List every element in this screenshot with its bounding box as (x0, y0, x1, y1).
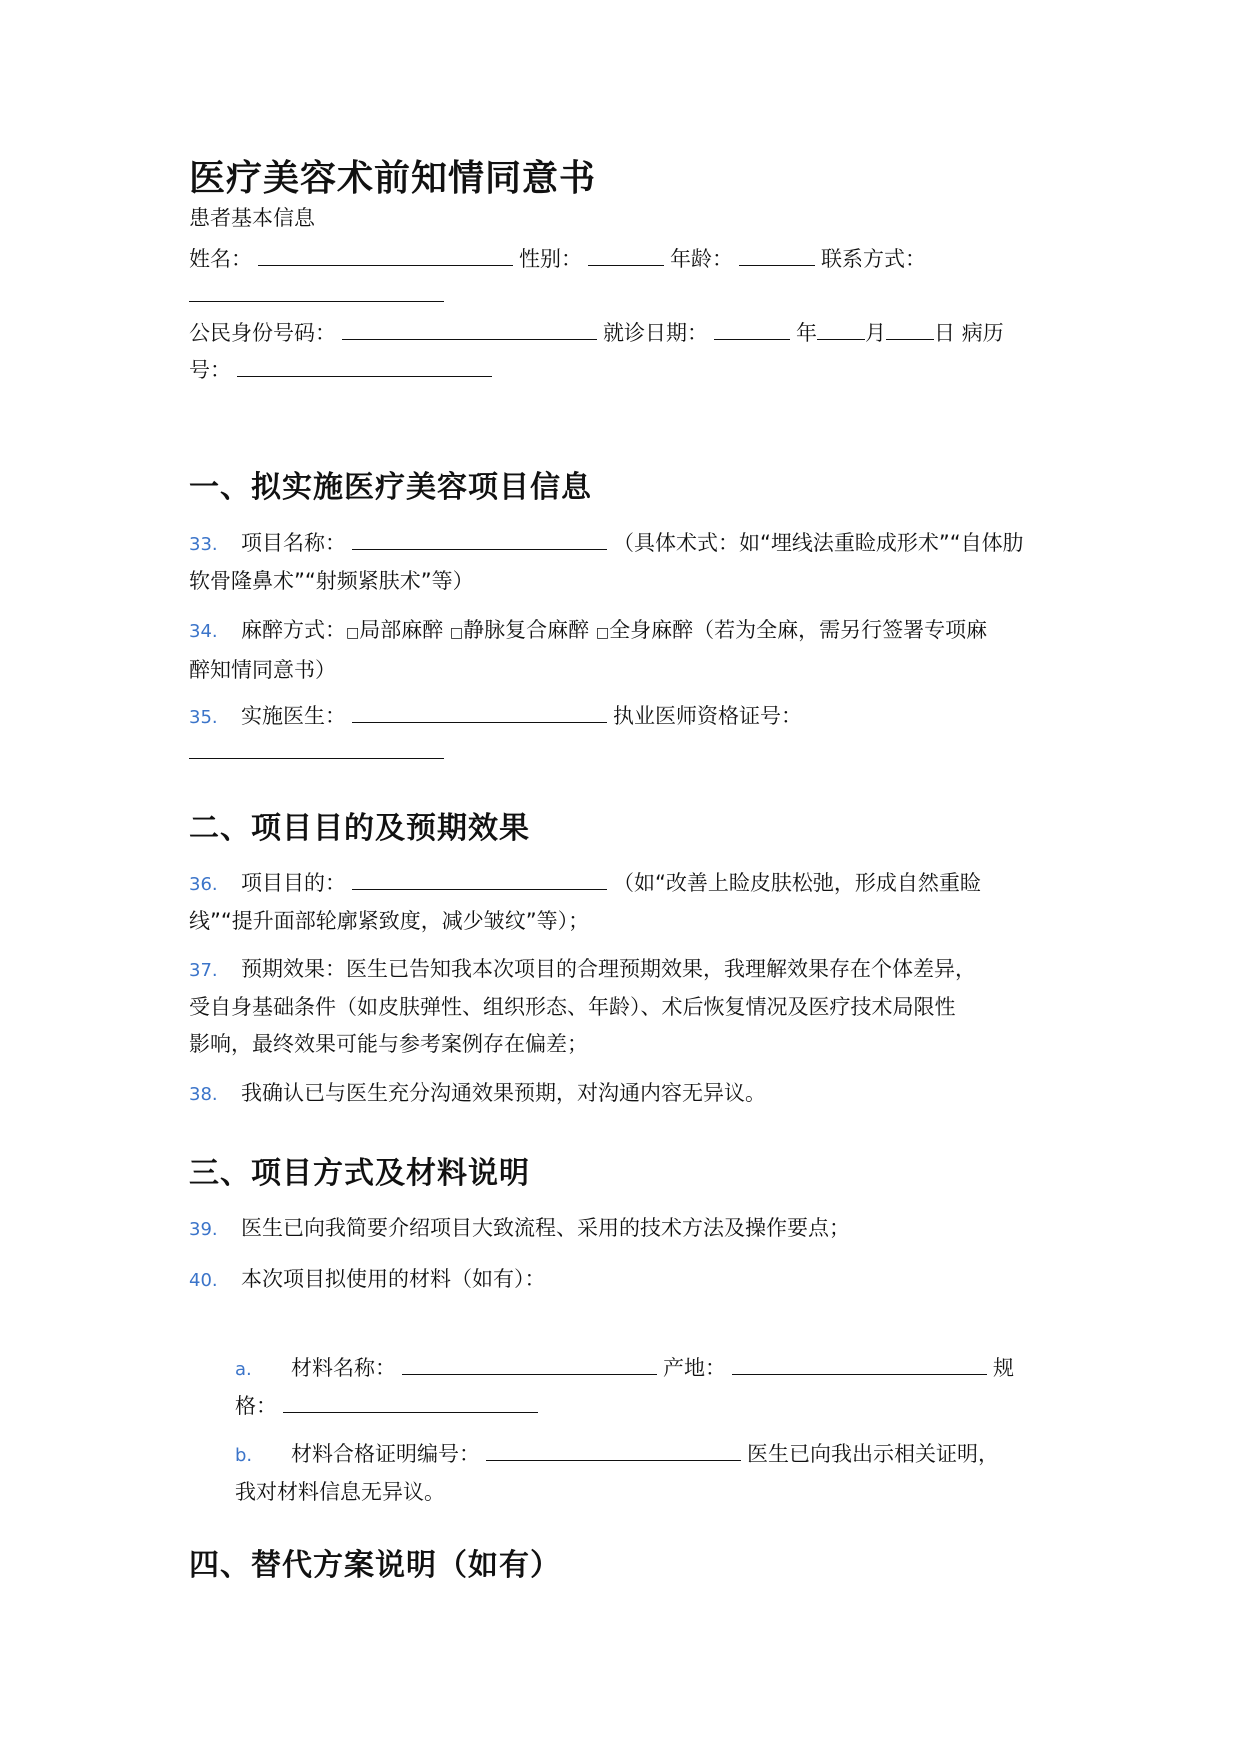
item-note-cont: 软骨隆鼻术”“射频紧肤术”等） (189, 569, 474, 593)
name-label: 姓名： (189, 247, 252, 271)
item-text: 影响，最终效果可能与参考案例存在偏差； (189, 1032, 588, 1056)
subitem-b: b.材料合格证明编号：医生已向我出示相关证明， 我对材料信息无异议。 (235, 1436, 1025, 1511)
record-label: 病历 (962, 321, 1004, 345)
item-36: 36.项目目的：（如“改善上睑皮肤松弛，形成自然重睑 线”“提升面部轮廓紧致度，… (189, 865, 1059, 940)
item-note: （若为全麻，需另行签署专项麻 (693, 618, 987, 642)
item-number: 33. (189, 526, 241, 563)
material-name-field[interactable] (402, 1352, 657, 1375)
spec-field[interactable] (283, 1390, 538, 1413)
record-label-cont: 号： (189, 358, 231, 382)
gender-field[interactable] (588, 243, 664, 266)
record-number-field[interactable] (237, 354, 492, 377)
item-label: 麻醉方式： (241, 618, 346, 642)
item-37: 37.预期效果：医生已告知我本次项目的合理预期效果，我理解效果存在个体差异， 受… (189, 951, 1059, 1063)
iv-anesthesia-label: 静脉复合麻醉 (463, 618, 589, 642)
patient-info-line-1: 姓名：性别：年龄：联系方式： (189, 241, 1059, 278)
visit-day-field[interactable] (886, 317, 934, 340)
item-number: 39. (189, 1211, 241, 1248)
general-anesthesia-checkbox[interactable]: □ (596, 625, 609, 641)
contact-label: 联系方式： (821, 247, 926, 271)
item-note: （具体术式：如“埋线法重睑成形术”“自体肋 (613, 531, 1024, 555)
spec-label-cont: 格： (235, 1394, 277, 1418)
item-number: 40. (189, 1262, 241, 1299)
visit-year-field[interactable] (714, 317, 790, 340)
project-purpose-field[interactable] (352, 867, 607, 890)
year-label: 年 (796, 321, 817, 345)
material-name-label: 材料名称： (291, 1356, 396, 1380)
item-34: 34.麻醉方式：□局部麻醉 □静脉复合麻醉 □全身麻醉（若为全麻，需另行签署专项… (189, 612, 1059, 689)
section-4-heading: 四、替代方案说明（如有） (189, 1540, 561, 1584)
item-number: 34. (189, 613, 241, 650)
local-anesthesia-label: 局部麻醉 (359, 618, 443, 642)
item-note: （如“改善上睑皮肤松弛，形成自然重睑 (613, 871, 981, 895)
visit-month-field[interactable] (817, 317, 865, 340)
patient-info-heading: 患者基本信息 (189, 200, 1059, 237)
item-39: 39.医生已向我简要介绍项目大致流程、采用的技术方法及操作要点； (189, 1210, 1059, 1248)
project-name-field[interactable] (352, 527, 607, 550)
month-label: 月 (865, 321, 886, 345)
iv-anesthesia-checkbox[interactable]: □ (450, 625, 463, 641)
certificate-label: 材料合格证明编号： (291, 1442, 480, 1466)
license-number-field[interactable] (189, 757, 444, 759)
day-label: 日 (934, 321, 955, 345)
id-number-field[interactable] (342, 317, 597, 340)
patient-info-line-2: 公民身份号码：就诊日期：年月日 病历 号： (189, 315, 1059, 389)
origin-field[interactable] (732, 1352, 987, 1375)
item-note-cont: 醉知情同意书） (189, 658, 336, 682)
contact-field[interactable] (189, 300, 444, 302)
item-number: 36. (189, 866, 241, 903)
item-number: 38. (189, 1076, 241, 1113)
spec-label: 规 (993, 1356, 1014, 1380)
section-1-heading: 一、拟实施医疗美容项目信息 (189, 462, 592, 506)
item-number: 37. (189, 952, 241, 989)
item-33: 33.项目名称：（具体术式：如“埋线法重睑成形术”“自体肋 软骨隆鼻术”“射频紧… (189, 525, 1059, 600)
gender-label: 性别： (519, 247, 582, 271)
doctor-name-field[interactable] (352, 700, 607, 723)
item-number: 35. (189, 699, 241, 736)
subitem-number: a. (235, 1351, 291, 1388)
id-label: 公民身份号码： (189, 321, 336, 345)
item-label: 项目名称： (241, 531, 346, 555)
item-note-cont: 我对材料信息无异议。 (235, 1480, 445, 1504)
visit-date-label: 就诊日期： (603, 321, 708, 345)
item-text: 本次项目拟使用的材料（如有）： (241, 1267, 546, 1291)
item-text: 受自身基础条件（如皮肤弹性、组织形态、年龄）、术后恢复情况及医疗技术局限性 (189, 995, 956, 1019)
item-35: 35.实施医生：执业医师资格证号： (189, 698, 1059, 736)
certificate-number-field[interactable] (486, 1438, 741, 1461)
item-text: 我确认已与医生充分沟通效果预期，对沟通内容无异议。 (241, 1081, 766, 1105)
origin-label: 产地： (663, 1356, 726, 1380)
item-38: 38.我确认已与医生充分沟通效果预期，对沟通内容无异议。 (189, 1075, 1059, 1113)
age-label: 年龄： (670, 247, 733, 271)
license-label: 执业医师资格证号： (613, 704, 802, 728)
general-anesthesia-label: 全身麻醉 (609, 618, 693, 642)
item-label: 实施医生： (241, 704, 346, 728)
item-text: 医生已向我简要介绍项目大致流程、采用的技术方法及操作要点； (241, 1216, 850, 1240)
item-note: 医生已向我出示相关证明， (747, 1442, 999, 1466)
local-anesthesia-checkbox[interactable]: □ (346, 625, 359, 641)
item-40: 40.本次项目拟使用的材料（如有）： (189, 1261, 1059, 1299)
item-note-cont: 线”“提升面部轮廓紧致度，减少皱纹”等）； (189, 909, 589, 933)
name-field[interactable] (258, 243, 513, 266)
subitem-number: b. (235, 1437, 291, 1474)
age-field[interactable] (739, 243, 815, 266)
document-title: 医疗美容术前知情同意书 (189, 150, 596, 201)
section-3-heading: 三、项目方式及材料说明 (189, 1148, 530, 1192)
item-text: 预期效果：医生已告知我本次项目的合理预期效果，我理解效果存在个体差异， (241, 957, 976, 981)
subitem-a: a.材料名称：产地：规 格： (235, 1350, 1025, 1425)
consent-form-page: 医疗美容术前知情同意书 患者基本信息 姓名：性别：年龄：联系方式： 公民身份号码… (0, 0, 1241, 1755)
item-label: 项目目的： (241, 871, 346, 895)
section-2-heading: 二、项目目的及预期效果 (189, 803, 530, 847)
